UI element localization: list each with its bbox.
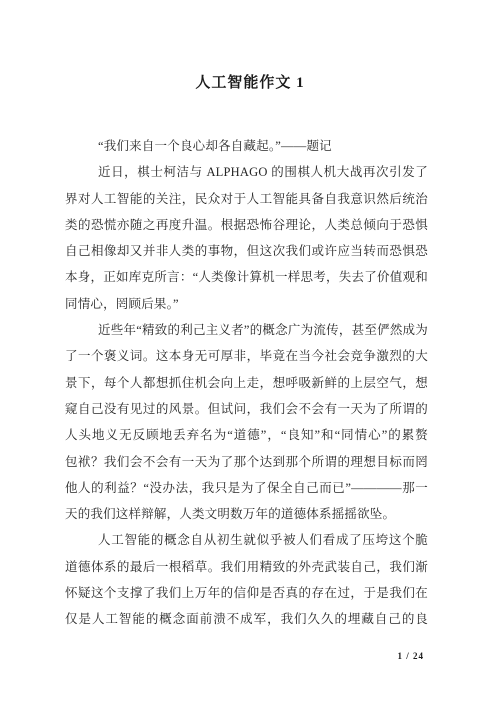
text-line: 人头地义无反顾地丢弃名为“道德”，“良知”和“同情心”的累赘 [65, 422, 428, 448]
text-line: 近日，棋士柯洁与 ALPHAGO 的围棋人机大战再次引发了社会各 [65, 159, 428, 185]
document-page: 人工智能作文 1 “我们来自一个良心却各自藏起。”——题记近日，棋士柯洁与 AL… [0, 0, 500, 707]
text-line: 天的我们这样辩解，人类文明数万年的道德体系摇摇欲坠。 [65, 501, 428, 527]
text-line: 自己相像却又并非人类的事物，但这次我们或许应当转而恐惧恐惧 [65, 238, 428, 264]
document-title: 人工智能作文 1 [0, 71, 500, 92]
text-line: 道德体系的最后一根稻草。我们用精致的外壳武装自己，我们渐渐 [65, 554, 428, 580]
text-line: 近些年“精致的利己主义者”的概念广为流传，甚至俨然成为 [65, 317, 428, 343]
text-line: 他人的利益？“没办法，我只是为了保全自己而已”————那一 [65, 475, 428, 501]
text-line: 了一个褒义词。这本身无可厚非，毕竟在当今社会竞争激烈的大背 [65, 343, 428, 369]
text-line: 界对人工智能的关注，民众对于人工智能具备自我意识然后统治人 [65, 186, 428, 212]
body-lines: “我们来自一个良心却各自藏起。”——题记近日，棋士柯洁与 ALPHAGO 的围棋… [65, 133, 428, 633]
text-line: 怀疑这个支撑了我们上万年的信仰是否真的存在过，于是我们在仅 [65, 580, 428, 606]
text-line: 类的恐慌亦随之再度升温。根据恐怖谷理论，人类总倾向于恐惧与 [65, 212, 428, 238]
text-line: 人工智能的概念自从初生就似乎被人们看成了压垮这个脆弱的 [65, 527, 428, 553]
text-line: 仅是人工智能的概念面前溃不成军，我们久久的埋藏自己的良心， [65, 606, 428, 632]
text-line: 同情心，罔顾后果。” [65, 291, 428, 317]
text-line: 本身，正如库克所言：“人类像计算机一样思考，失去了价值观和 [65, 264, 428, 290]
text-line: 窥自己没有见过的风景。但试问，我们会不会有一天为了所谓的出 [65, 396, 428, 422]
text-line: “我们来自一个良心却各自藏起。”——题记 [65, 133, 428, 159]
page-number-indicator: 1 / 24 [397, 651, 424, 661]
text-line: 景下，每个人都想抓住机会向上走，想呼吸新鲜的上层空气，想一 [65, 370, 428, 396]
text-line: 包袱？我们会不会有一天为了那个达到那个所谓的理想目标而罔顾 [65, 449, 428, 475]
